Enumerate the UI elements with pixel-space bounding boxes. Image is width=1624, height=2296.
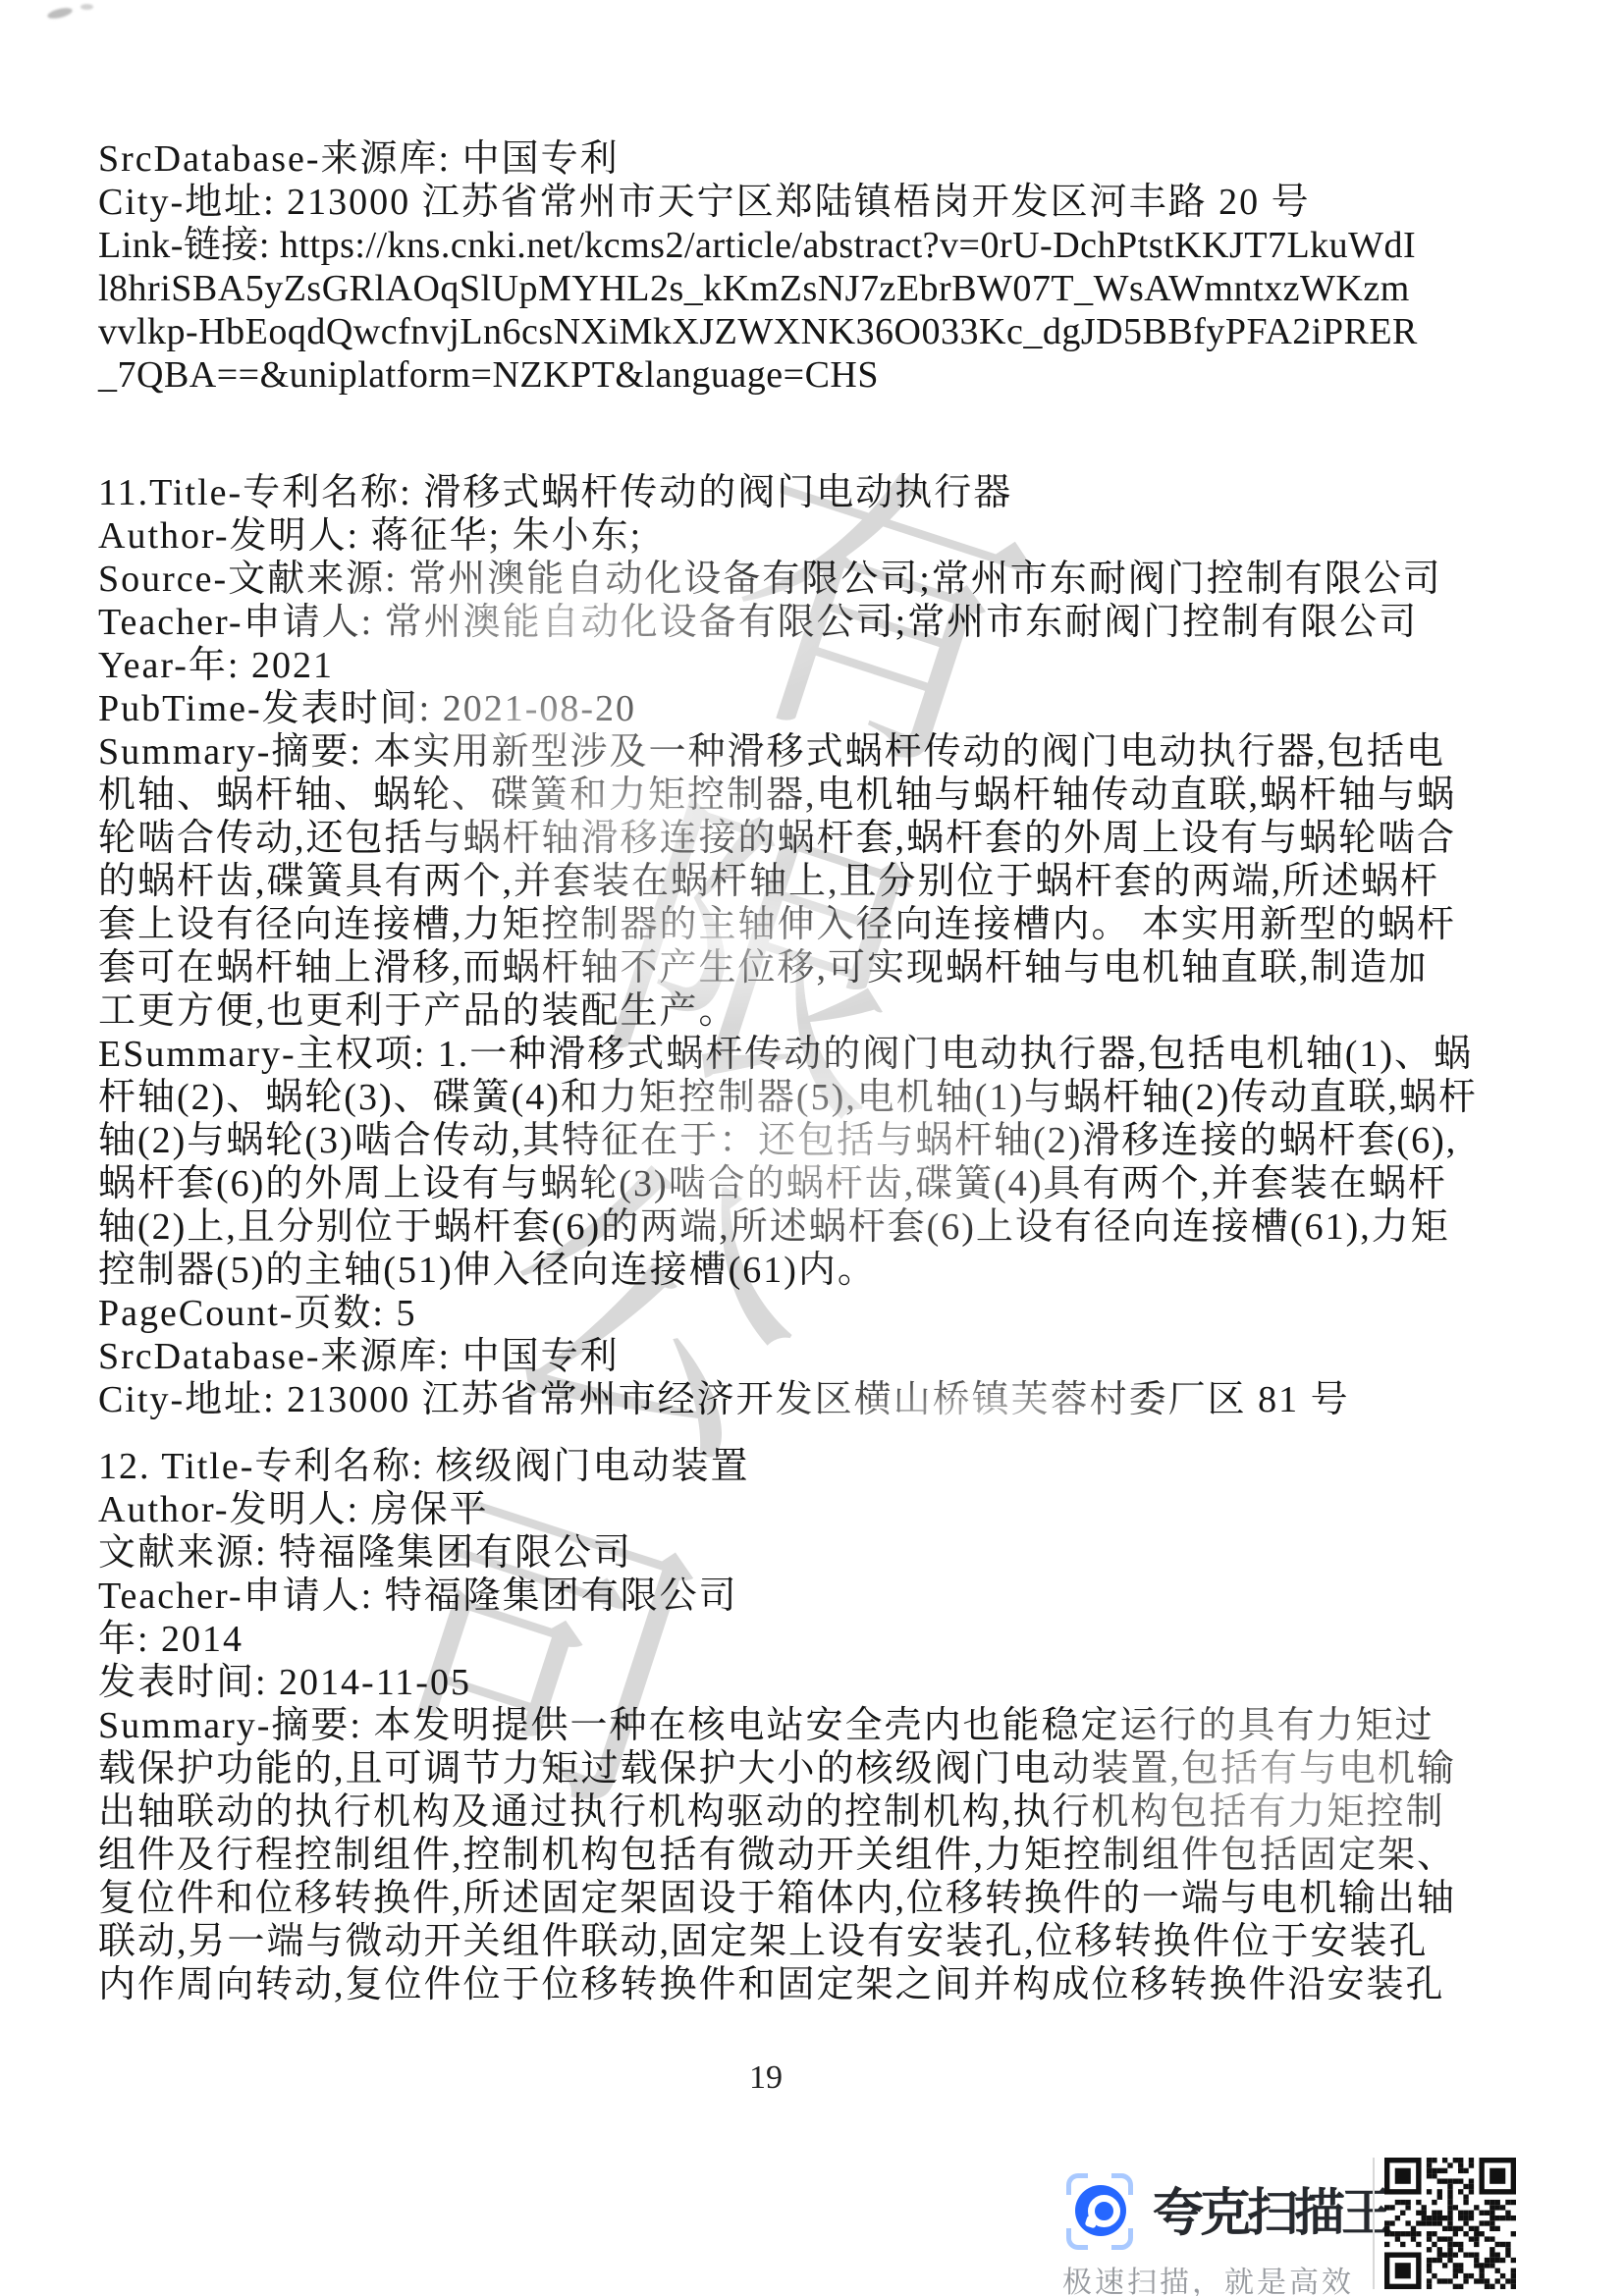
brand-name: 夸克扫描王 <box>1153 2171 1388 2245</box>
text-line: Teacher-申请人: 常州澳能自动化设备有限公司;常州市东耐阀门控制有限公司 <box>98 601 1443 644</box>
text-line: 杆轴(2)、蜗轮(3)、碟簧(4)和力矩控制器(5),电机轴(1)与蜗杆轴(2)… <box>98 1076 1443 1119</box>
scan-bracket-icon <box>1066 2228 1088 2250</box>
quark-logo-circle-icon <box>1075 2185 1126 2236</box>
link-url-line: Link-链接: https://kns.cnki.net/kcms2/arti… <box>98 224 1443 267</box>
text-line: 载保护功能的,且可调节力矩过载保护大小的核级阀门电动装置,包括有与电机输 <box>98 1747 1443 1790</box>
text-line: Summary-摘要: 本发明提供一种在核电站安全壳内也能稳定运行的具有力矩过 <box>98 1704 1443 1747</box>
text-line: City-地址: 213000 江苏省常州市天宁区郑陆镇梧岗开发区河丰路 20 … <box>98 181 1443 224</box>
text-line: SrcDatabase-来源库: 中国专利 <box>98 1335 1443 1378</box>
text-line: 蜗杆套(6)的外周上设有与蜗轮(3)啮合的蜗杆齿,碟簧(4)具有两个,并套装在蜗… <box>98 1162 1443 1205</box>
text-line: PubTime-发表时间: 2021-08-20 <box>98 687 1443 730</box>
link-url-line: _7QBA==&uniplatform=NZKPT&language=CHS <box>98 353 1443 397</box>
quark-scanner-footer: 夸克扫描王 极速扫描，就是高效 <box>1060 2156 1522 2296</box>
text-line: 机轴、蜗杆轴、蜗轮、碟簧和力矩控制器,电机轴与蜗杆轴传动直联,蜗杆轴与蜗 <box>98 774 1443 817</box>
scan-artifact <box>81 4 93 10</box>
text-line: City-地址: 213000 江苏省常州市经济开发区横山桥镇芙蓉村委厂区 81… <box>98 1378 1443 1421</box>
text-line: 轴(2)与蜗轮(3)啮合传动,其特征在于：还包括与蜗杆轴(2)滑移连接的蜗杆套(… <box>98 1119 1443 1162</box>
text-line: 联动,另一端与微动开关组件联动,固定架上设有安装孔,位移转换件位于安装孔 <box>98 1920 1443 1963</box>
text-line: 套上设有径向连接槽,力矩控制器的主轴伸入径向连接槽内。 本实用新型的蜗杆 <box>98 903 1443 946</box>
text-line: 出轴联动的执行机构及通过执行机构驱动的控制机构,执行机构包括有力矩控制 <box>98 1790 1443 1834</box>
text-line: 轮啮合传动,还包括与蜗杆轴滑移连接的蜗杆套,蜗杆套的外周上设有与蜗轮啮合 <box>98 817 1443 860</box>
text-line: 控制器(5)的主轴(51)伸入径向连接槽(61)内。 <box>98 1249 1443 1292</box>
patent-title-line: 12. Title-专利名称: 核级阀门电动装置 <box>98 1445 1443 1488</box>
text-line: 组件及行程控制组件,控制机构包括有微动开关组件,力矩控制组件包括固定架、 <box>98 1834 1443 1877</box>
text-line: 轴(2)上,且分别位于蜗杆套(6)的两端,所述蜗杆套(6)上设有径向连接槽(61… <box>98 1205 1443 1249</box>
quark-scan-logo-icon <box>1066 2169 1135 2254</box>
record-11: 11.Title-专利名称: 滑移式蜗杆传动的阀门电动执行器 Author-发明… <box>98 471 1443 1421</box>
text-line: Teacher-申请人: 特福隆集团有限公司 <box>98 1575 1443 1618</box>
text-line: Source-文献来源: 常州澳能自动化设备有限公司;常州市东耐阀门控制有限公司 <box>98 558 1443 601</box>
text-line: 年: 2014 <box>98 1618 1443 1661</box>
text-line: Author-发明人: 蒋征华; 朱小东; <box>98 514 1443 558</box>
record-10-continuation: SrcDatabase-来源库: 中国专利 City-地址: 213000 江苏… <box>98 137 1443 397</box>
qr-code-icon <box>1384 2158 1516 2289</box>
text-line: 文献来源: 特福隆集团有限公司 <box>98 1531 1443 1575</box>
page-number: 19 <box>98 2059 1434 2097</box>
brand-slogan: 极速扫描，就是高效 <box>1062 2258 1354 2296</box>
text-line: ESummary-主权项: 1.一种滑移式蜗杆传动的阀门电动执行器,包括电机轴(… <box>98 1033 1443 1076</box>
text-line: 发表时间: 2014-11-05 <box>98 1661 1443 1704</box>
text-line: 套可在蜗杆轴上滑移,而蜗杆轴不产生位移,可实现蜗杆轴与电机轴直联,制造加 <box>98 946 1443 989</box>
patent-title-line: 11.Title-专利名称: 滑移式蜗杆传动的阀门电动执行器 <box>98 471 1443 514</box>
text-line: Author-发明人: 房保平 <box>98 1488 1443 1531</box>
record-12: 12. Title-专利名称: 核级阀门电动装置 Author-发明人: 房保平… <box>98 1445 1443 2006</box>
text-line: Year-年: 2021 <box>98 644 1443 687</box>
footer-divider <box>1373 2158 1375 2289</box>
text-line: PageCount-页数: 5 <box>98 1292 1443 1335</box>
text-line: 复位件和位移转换件,所述固定架固设于箱体内,位移转换件的一端与电机输出轴 <box>98 1877 1443 1920</box>
text-line: 的蜗杆齿,碟簧具有两个,并套装在蜗杆轴上,且分别位于蜗杆套的两端,所述蜗杆 <box>98 860 1443 903</box>
quark-logo-dot <box>1085 2216 1099 2229</box>
text-line: 工更方便,也更利于产品的装配生产。 <box>98 989 1443 1033</box>
scanned-document-page: { "document": { "record10_tail": { "line… <box>0 0 1624 2296</box>
scan-artifact <box>46 6 73 21</box>
text-line: 内作周向转动,复位件位于位移转换件和固定架之间并构成位移转换件沿安装孔 <box>98 1963 1443 2006</box>
link-url-line: vvlkp-HbEoqdQwcfnvjLn6csNXiMkXJZWXNK36O0… <box>98 310 1443 353</box>
link-url-line: l8hriSBA5yZsGRlAOqSlUpMYHL2s_kKmZsNJ7zEb… <box>98 267 1443 310</box>
text-line: Summary-摘要: 本实用新型涉及一种滑移式蜗杆传动的阀门电动执行器,包括电 <box>98 730 1443 774</box>
text-line: SrcDatabase-来源库: 中国专利 <box>98 137 1443 181</box>
